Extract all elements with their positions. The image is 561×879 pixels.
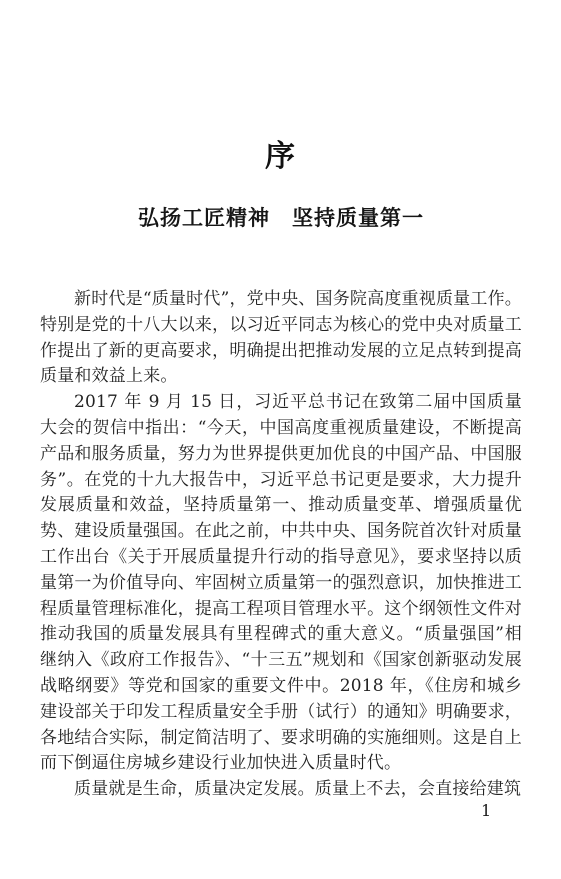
body-text: 新时代是“质量时代”，党中央、国务院高度重视质量工作。特别是党的十八大以来，以习… (40, 287, 522, 803)
paragraph: 2017 年 9 月 15 日，习近平总书记在致第二届中国质量大会的贺信中指出：… (40, 390, 522, 777)
paragraph: 新时代是“质量时代”，党中央、国务院高度重视质量工作。特别是党的十八大以来，以习… (40, 287, 522, 390)
page-subtitle: 弘扬工匠精神 坚持质量第一 (40, 206, 522, 231)
paragraph: 质量就是生命，质量决定发展。质量上不去，会直接给建筑 (40, 777, 522, 803)
page-number: 1 (481, 801, 491, 820)
page-title: 序 (40, 140, 522, 174)
book-page: 序 弘扬工匠精神 坚持质量第一 新时代是“质量时代”，党中央、国务院高度重视质量… (0, 0, 561, 879)
